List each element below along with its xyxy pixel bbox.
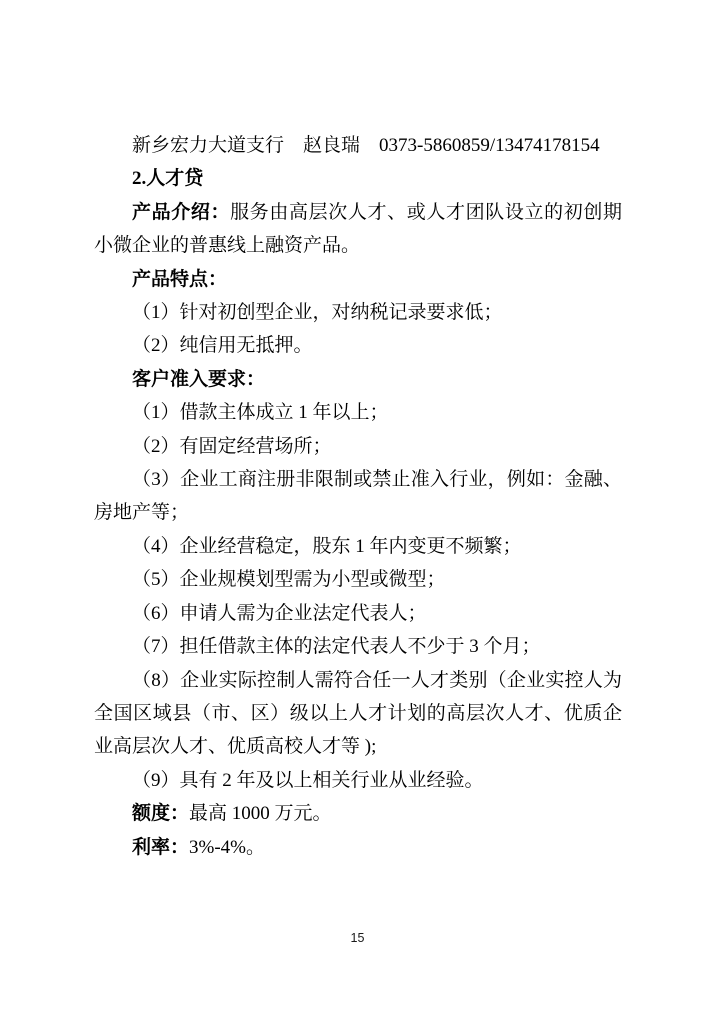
document-body: 新乡宏力大道支行 赵良瑞 0373-5860859/13474178154 2.…	[94, 129, 622, 864]
amount-label: 额度：	[132, 803, 189, 824]
product-intro-paragraph: 产品介绍：服务由高层次人才、或人才团队设立的初创期小微企业的普惠线上融资产品。	[94, 196, 622, 263]
rate-label: 利率：	[132, 837, 189, 858]
product-intro-label: 产品介绍：	[132, 202, 230, 223]
requirement-item-4: （4）企业经营稳定，股东 1 年内变更不频繁；	[94, 530, 622, 563]
page-number: 15	[0, 931, 715, 945]
requirement-item-5: （5）企业规模划型需为小型或微型；	[94, 563, 622, 596]
amount-text: 最高 1000 万元。	[189, 803, 332, 824]
requirement-item-2: （2）有固定经营场所；	[94, 430, 622, 463]
rate-line: 利率：3%-4%。	[94, 831, 622, 864]
document-page: 新乡宏力大道支行 赵良瑞 0373-5860859/13474178154 2.…	[0, 0, 715, 1011]
requirements-label: 客户准入要求：	[94, 363, 622, 396]
requirement-item-6: （6）申请人需为企业法定代表人；	[94, 597, 622, 630]
requirement-item-3: （3）企业工商注册非限制或禁止准入行业，例如：金融、房地产等；	[94, 463, 622, 530]
section-heading: 2.人才贷	[94, 162, 622, 195]
requirement-item-1: （1）借款主体成立 1 年以上；	[94, 396, 622, 429]
requirement-item-7: （7）担任借款主体的法定代表人不少于 3 个月；	[94, 630, 622, 663]
amount-line: 额度：最高 1000 万元。	[94, 797, 622, 830]
requirement-item-8: （8）企业实际控制人需符合任一人才类别（企业实控人为全国区域县（市、区）级以上人…	[94, 664, 622, 764]
features-label: 产品特点：	[94, 263, 622, 296]
feature-item-2: （2）纯信用无抵押。	[94, 329, 622, 362]
rate-text: 3%-4%。	[189, 837, 265, 858]
contact-line: 新乡宏力大道支行 赵良瑞 0373-5860859/13474178154	[94, 129, 622, 162]
requirement-item-9: （9）具有 2 年及以上相关行业从业经验。	[94, 764, 622, 797]
feature-item-1: （1）针对初创型企业，对纳税记录要求低；	[94, 296, 622, 329]
